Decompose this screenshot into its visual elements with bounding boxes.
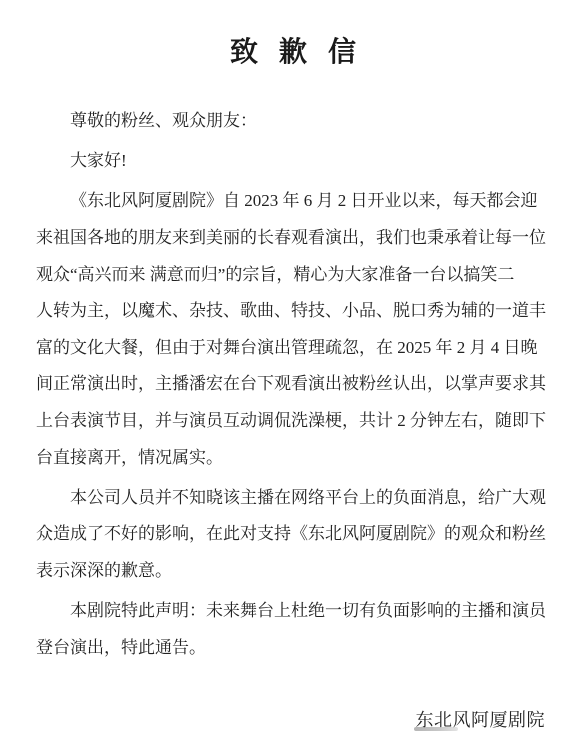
document-body: 尊敬的粉丝、观众朋友：大家好!《东北风阿厦剧院》自 2023 年 6 月 2 日… [36,103,548,670]
text-line: 尊敬的粉丝、观众朋友： [36,103,548,140]
text-line: 本公司人员并不知晓该主播在网络平台上的负面消息，给广大观 [36,480,548,517]
text-line: 大家好! [36,143,548,180]
text-line: 间正常演出时，主播潘宏在台下观看演出被粉丝认出，以掌声要求其 [36,366,548,403]
text-line: 人转为主，以魔术、杂技、歌曲、特技、小品、脱口秀为辅的一道丰 [36,293,548,330]
text-line: 台直接离开，情况属实。 [36,440,548,477]
paragraph: 本公司人员并不知晓该主播在网络平台上的负面消息，给广大观众造成了不好的影响，在此… [36,480,548,590]
paragraph: 尊敬的粉丝、观众朋友： [36,103,548,140]
text-line: 本剧院特此声明：未来舞台上杜绝一切有负面影响的主播和演员 [36,593,548,630]
paragraph: 本剧院特此声明：未来舞台上杜绝一切有负面影响的主播和演员登台演出，特此通告。 [36,593,548,666]
document-title: 致 歉 信 [0,30,586,70]
text-line: 观众“高兴而来 满意而归”的宗旨，精心为大家准备一台以搞笑二 [36,257,548,294]
paragraph: 大家好! [36,143,548,180]
text-line: 《东北风阿厦剧院》自 2023 年 6 月 2 日开业以来，每天都会迎 [36,183,548,220]
text-line: 来祖国各地的朋友来到美丽的长春观看演出，我们也秉承着让每一位 [36,220,548,257]
scan-smudge-artifact [414,727,458,731]
text-line: 上台表演节目，并与演员互动调侃洗澡梗，共计 2 分钟左右，随即下 [36,403,548,440]
paragraph: 《东北风阿厦剧院》自 2023 年 6 月 2 日开业以来，每天都会迎来祖国各地… [36,183,548,476]
text-line: 众造成了不好的影响，在此对支持《东北风阿厦剧院》的观众和粉丝 [36,516,548,553]
text-line: 表示深深的歉意。 [36,553,548,590]
text-line: 富的文化大餐，但由于对舞台演出管理疏忽，在 2025 年 2 月 4 日晚 [36,330,548,367]
text-line: 登台演出，特此通告。 [36,630,548,667]
apology-letter-page: 致 歉 信 尊敬的粉丝、观众朋友：大家好!《东北风阿厦剧院》自 2023 年 6… [0,0,586,731]
